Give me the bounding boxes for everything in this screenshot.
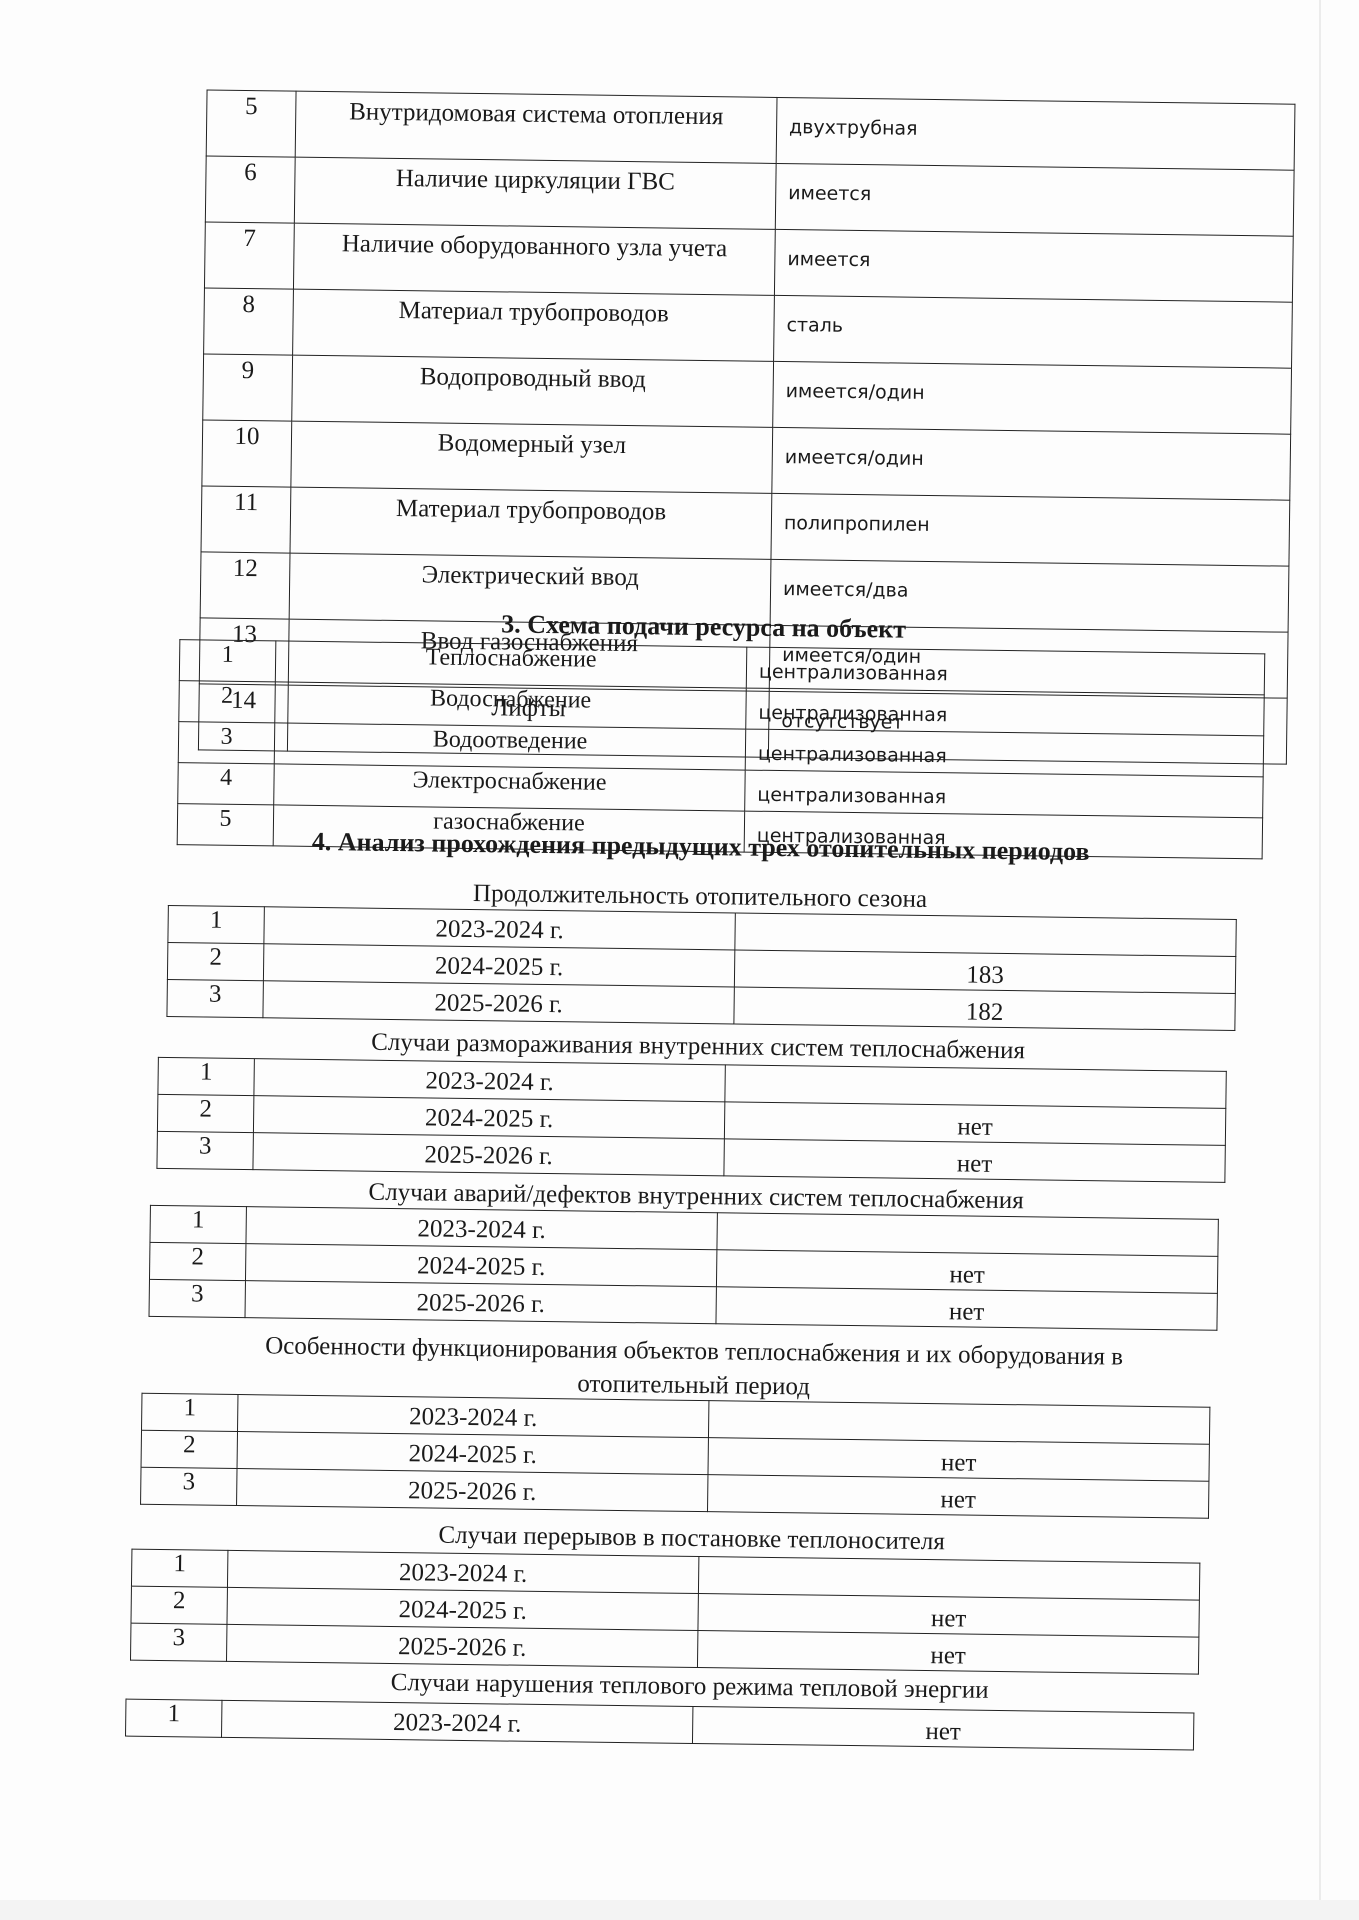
period-label: 2024-2025 г. xyxy=(245,1244,716,1287)
row-number: 2 xyxy=(179,681,276,723)
row-number: 8 xyxy=(204,288,294,355)
heating-period-table: 12023-2024 г.22024-2025 г.нет32025-2026 … xyxy=(156,1057,1226,1183)
period-label: 2025-2026 г. xyxy=(253,1133,724,1176)
row-number: 5 xyxy=(206,90,296,157)
parameter-name: Наличие циркуляции ГВС xyxy=(294,157,776,229)
row-number: 4 xyxy=(178,763,275,805)
period-value: 182 xyxy=(734,987,1235,1031)
parameter-value: имеется/один xyxy=(772,427,1291,500)
row-number: 2 xyxy=(149,1242,245,1280)
parameter-name: Водомерный узел xyxy=(291,421,773,493)
period-label: 2023-2024 г. xyxy=(227,1550,698,1593)
period-label: 2023-2024 г. xyxy=(221,1700,692,1743)
period-label: 2025-2026 г. xyxy=(245,1281,716,1324)
document-page: 5Внутридомовая система отоплениядвухтруб… xyxy=(0,0,1359,1919)
row-number: 11 xyxy=(201,486,291,553)
period-value: нет xyxy=(707,1475,1208,1519)
row-number: 1 xyxy=(131,1549,227,1587)
period-label: 2023-2024 г. xyxy=(246,1207,717,1250)
period-label: 2024-2025 г. xyxy=(227,1587,698,1630)
heating-period-table: 12023-2024 г.22024-2025 г.нет32025-2026 … xyxy=(148,1205,1218,1331)
row-number: 3 xyxy=(141,1467,237,1505)
period-label: 2024-2025 г. xyxy=(253,1096,724,1139)
row-number: 1 xyxy=(179,640,276,682)
supply-scheme: централизованная xyxy=(746,688,1264,736)
parameter-value: имеется xyxy=(774,229,1293,302)
row-number: 10 xyxy=(202,420,292,487)
scan-edge xyxy=(1319,0,1321,1900)
parameter-value: двухтрубная xyxy=(776,97,1295,170)
row-number: 3 xyxy=(167,980,263,1018)
period-label: 2023-2024 г. xyxy=(254,1059,725,1102)
period-label: 2024-2025 г. xyxy=(263,944,734,987)
period-label: 2025-2026 г. xyxy=(226,1624,697,1667)
period-value: нет xyxy=(697,1631,1198,1675)
period-value: нет xyxy=(692,1706,1193,1750)
resource-name: Теплоснабжение xyxy=(275,641,746,688)
row-number: 9 xyxy=(203,354,293,421)
resource-name: Водоснабжение xyxy=(275,682,746,729)
row-number: 3 xyxy=(149,1279,245,1317)
parameter-name: Материал трубопроводов xyxy=(293,289,775,361)
parameter-value: полипропилен xyxy=(771,493,1290,566)
heating-period-table: 12023-2024 г.22024-2025 г.18332025-2026 … xyxy=(166,905,1236,1031)
row-number: 2 xyxy=(157,1094,253,1132)
heating-period-table: 12023-2024 г.22024-2025 г.нет32025-2026 … xyxy=(130,1549,1200,1675)
parameter-name: Внутридомовая система отопления xyxy=(295,91,777,163)
period-label: 2024-2025 г. xyxy=(237,1431,708,1474)
parameter-name: Материал трубопроводов xyxy=(290,487,772,559)
period-label: 2025-2026 г. xyxy=(237,1468,708,1511)
period-label: 2023-2024 г. xyxy=(238,1394,709,1437)
row-number: 1 xyxy=(168,906,264,944)
period-value: нет xyxy=(716,1287,1217,1331)
resource-name: Электроснабжение xyxy=(274,764,745,811)
row-number: 2 xyxy=(131,1586,227,1624)
row-number: 1 xyxy=(142,1393,238,1431)
period-label: 2025-2026 г. xyxy=(263,981,734,1024)
parameter-name: Наличие оборудованного узла учета xyxy=(293,223,775,295)
parameter-value: имеется/один xyxy=(773,361,1292,434)
supply-scheme: централизованная xyxy=(745,729,1263,777)
parameter-name: Водопроводный ввод xyxy=(292,355,774,427)
row-number: 3 xyxy=(178,722,275,764)
supply-scheme: централизованная xyxy=(745,770,1263,818)
row-number: 1 xyxy=(150,1205,246,1243)
row-number: 3 xyxy=(131,1623,227,1661)
row-number: 6 xyxy=(205,156,295,223)
row-number: 2 xyxy=(167,943,263,981)
row-number: 3 xyxy=(157,1131,253,1169)
row-number: 7 xyxy=(204,222,294,289)
period-label: 2023-2024 г. xyxy=(264,907,735,950)
resource-name: Водоотведение xyxy=(274,723,745,770)
parameter-value: сталь xyxy=(774,295,1293,368)
row-number: 1 xyxy=(158,1057,254,1095)
period-value: нет xyxy=(724,1139,1225,1183)
heating-period-table: 12023-2024 г.22024-2025 г.нет32025-2026 … xyxy=(140,1393,1210,1519)
row-number: 2 xyxy=(141,1430,237,1468)
scan-border xyxy=(0,1900,1359,1920)
supply-scheme: централизованная xyxy=(746,647,1264,695)
row-number: 1 xyxy=(126,1699,222,1737)
parameter-value: имеется xyxy=(775,163,1294,236)
